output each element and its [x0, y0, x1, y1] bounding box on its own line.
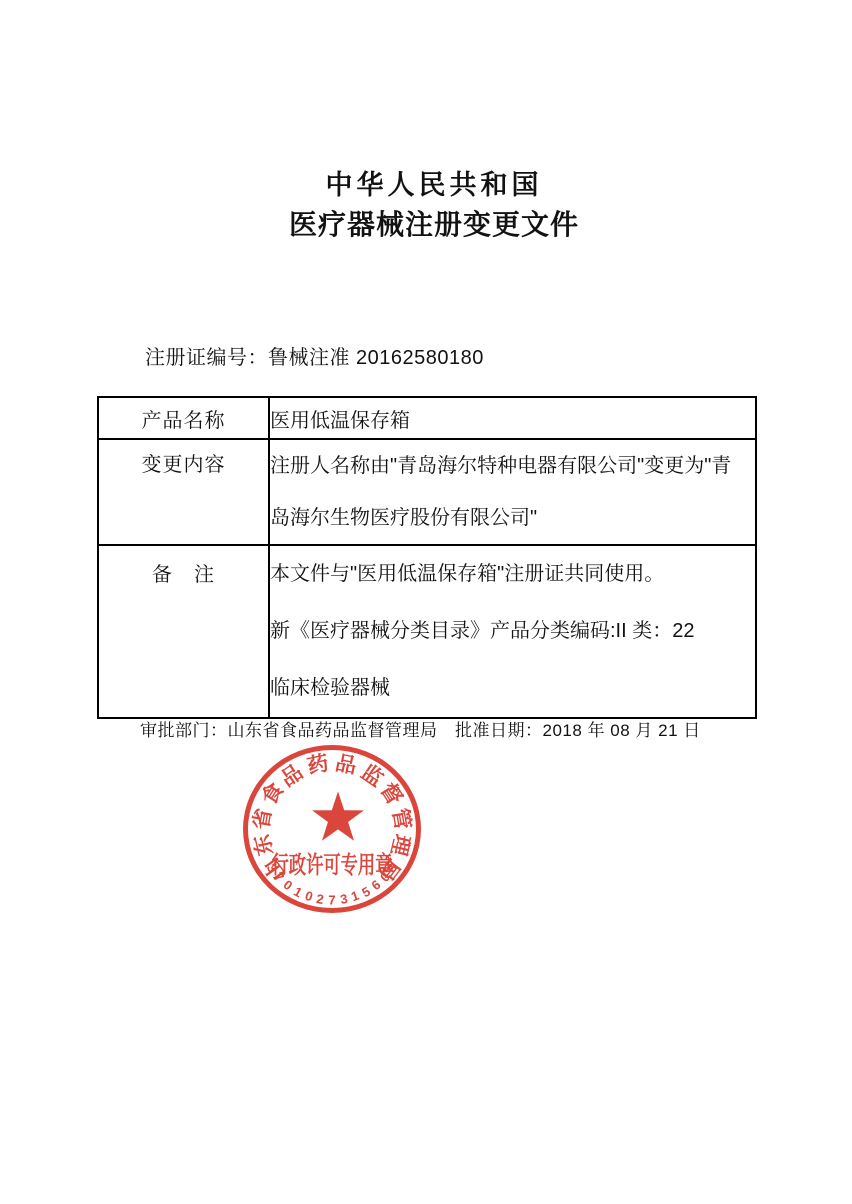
row-label-remarks: 备 注 — [98, 545, 269, 718]
approval-department: 审批部门：山东省食品药品监督管理局 — [140, 716, 438, 741]
row-label-change-content: 变更内容 — [98, 439, 269, 545]
official-seal: 行政许可专用章 山东省食品药品监督管理局3701027315608 — [243, 745, 421, 913]
star-shape — [312, 792, 364, 841]
table-row-product-name: 产品名称 医用低温保存箱 — [98, 397, 756, 439]
seal-authority-char: 理 — [388, 832, 413, 857]
row-value-product-name: 医用低温保存箱 — [269, 397, 756, 439]
cell-line: 注册人名称由"青岛海尔特种电器有限公司"变更为"青 — [270, 440, 755, 492]
document-title-line1: 中华人民共和国 — [0, 163, 852, 202]
cell-line: 医用低温保存箱 — [270, 404, 755, 433]
cell-line: 岛海尔生物医疗股份有限公司" — [270, 492, 755, 544]
seal-authority-char: 东 — [251, 832, 276, 857]
cell-line: 临床检验器械 — [270, 660, 755, 717]
seal-authority-char: 管 — [389, 807, 413, 831]
document-page: 中华人民共和国 医疗器械注册变更文件 注册证编号：鲁械注准 2016258018… — [0, 0, 852, 1204]
seal-star-icon — [310, 791, 366, 845]
document-title-line2: 医疗器械注册变更文件 — [0, 203, 852, 243]
change-info-table: 产品名称 医用低温保存箱 变更内容 注册人名称由"青岛海尔特种电器有限公司"变更… — [97, 396, 757, 719]
table-row-remarks: 备 注 本文件与"医用低温保存箱"注册证共同使用。 新《医疗器械分类目录》产品分… — [98, 545, 756, 718]
seal-authority-char: 药 — [306, 753, 331, 778]
seal-code-char: 7 — [328, 894, 335, 907]
row-value-change-content: 注册人名称由"青岛海尔特种电器有限公司"变更为"青 岛海尔生物医疗股份有限公司" — [269, 439, 756, 545]
approval-date: 批准日期：2018 年 08 月 21 日 — [455, 716, 701, 741]
cell-line: 新《医疗器械分类目录》产品分类编码:II 类：22 — [270, 603, 755, 660]
row-value-remarks: 本文件与"医用低温保存箱"注册证共同使用。 新《医疗器械分类目录》产品分类编码:… — [269, 545, 756, 718]
seal-authority-char: 省 — [251, 807, 275, 831]
registration-number-line: 注册证编号：鲁械注准 20162580180 — [145, 341, 484, 370]
seal-authority-char: 品 — [334, 753, 359, 778]
cell-line: 本文件与"医用低温保存箱"注册证共同使用。 — [270, 546, 755, 603]
table-row-change-content: 变更内容 注册人名称由"青岛海尔特种电器有限公司"变更为"青 岛海尔生物医疗股份… — [98, 439, 756, 545]
row-label-product-name: 产品名称 — [98, 397, 269, 439]
